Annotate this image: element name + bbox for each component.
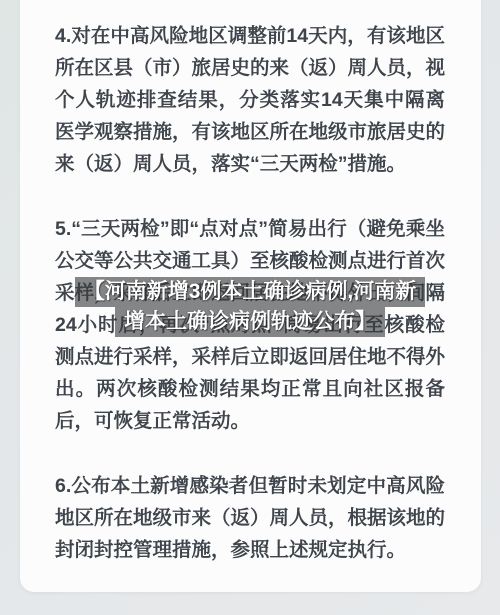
caption-title-line-2: 增本土确诊病例轨迹公布】: [115, 307, 385, 337]
article-paragraph-4: 4.对在中高风险地区调整前14天内，有该地区所在区县（市）旅居史的来（返）周人员…: [55, 20, 445, 180]
caption-overlay: 【河南新增3例本土确诊病例,河南新 增本土确诊病例轨迹公布】: [55, 277, 445, 337]
caption-title-line-1: 【河南新增3例本土确诊病例,河南新: [75, 277, 426, 307]
article-paragraph-6: 6.公布本土新增感染者但暂时未划定中高风险地区所在地级市来（返）周人员，根据该地…: [55, 470, 445, 566]
page-background: 4.对在中高风险地区调整前14天内，有该地区所在区县（市）旅居史的来（返）周人员…: [0, 0, 500, 615]
